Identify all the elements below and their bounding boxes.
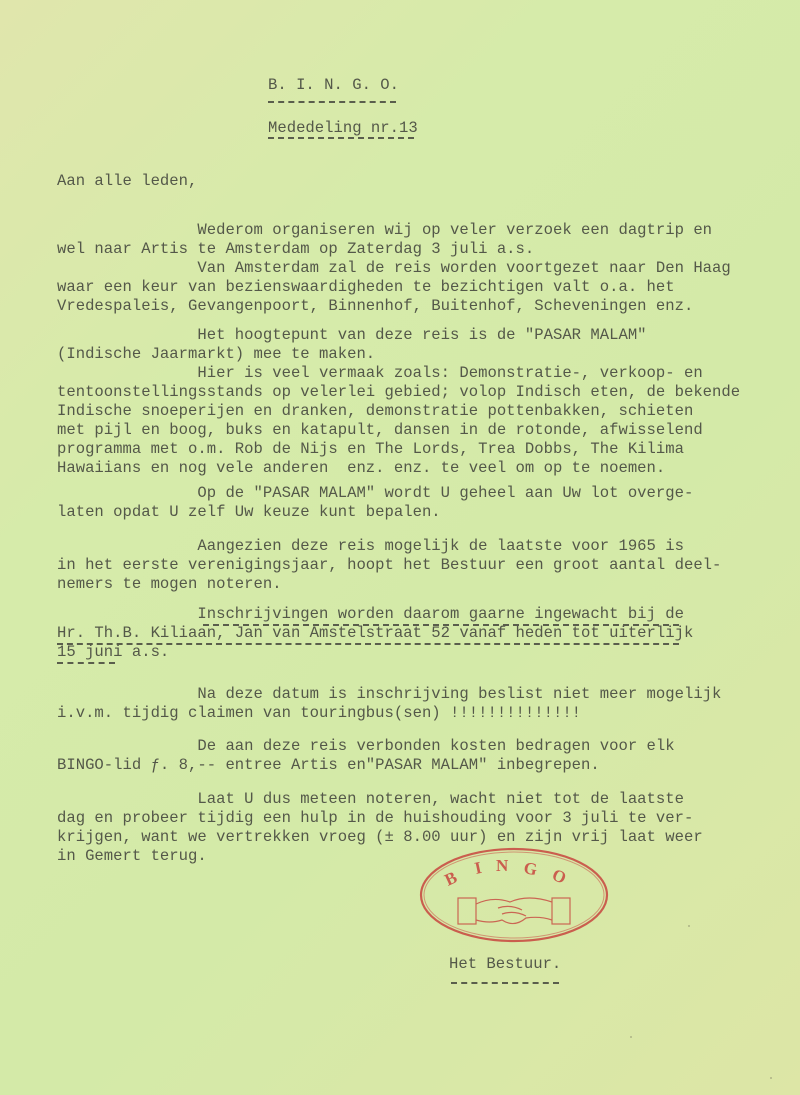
document-title: B. I. N. G. O. [268,76,399,95]
handshake-icon [458,898,570,924]
document-subtitle: Mededeling nr.13 [268,119,418,138]
stamp-graphic: B I N G O [418,846,610,944]
text-line: De aan deze reis verbonden kosten bedrag… [57,737,675,756]
subtitle-underline [268,137,414,139]
text-line: i.v.m. tijdig claimen van touringbus(sen… [57,704,581,723]
text-line: in Gemert terug. [57,847,207,866]
paper-speck [688,925,690,927]
paper-speck [630,1036,632,1038]
underline [57,662,115,664]
salutation: Aan alle leden, [57,172,197,191]
text-line: met pijl en boog, buks en katapult, dans… [57,421,703,440]
text-line: Van Amsterdam zal de reis worden voortge… [57,259,731,278]
text-line: Laat U dus meteen noteren, wacht niet to… [57,790,684,809]
text-line: programma met o.m. Rob de Nijs en The Lo… [57,440,684,459]
title-divider [268,101,396,103]
paper-speck [770,1077,772,1079]
text-line: Wederom organiseren wij op veler verzoek… [57,221,712,240]
text-line: Hawaiians en nog vele anderen enz. enz. … [57,459,665,478]
text-line: 15 juni a.s. [57,643,169,662]
text-line: BINGO-lid ƒ. 8,-- entree Artis en"PASAR … [57,756,600,775]
signature-underline [451,982,559,984]
text-line: (Indische Jaarmarkt) mee te maken. [57,345,375,364]
text-line: tentoonstellingsstands op velerlei gebie… [57,383,740,402]
text-line: in het eerste verenigingsjaar, hoopt het… [57,556,721,575]
text-line: waar een keur van bezienswaardigheden te… [57,278,675,297]
text-line: laten opdat U zelf Uw keuze kunt bepalen… [57,503,441,522]
text-line: wel naar Artis te Amsterdam op Zaterdag … [57,240,534,259]
text-line: Inschrijvingen worden daarom gaarne inge… [57,605,684,624]
text-line: Op de "PASAR MALAM" wordt U geheel aan U… [57,484,693,503]
signature: Het Bestuur. [449,955,561,974]
stamp-letter: N [496,856,509,875]
text-line: dag en probeer tijdig een hulp in de hui… [57,809,693,828]
stamp-letter: O [550,865,569,888]
text-line: Indische snoeperijen en dranken, demonst… [57,402,693,421]
text-line: Na deze datum is inschrijving beslist ni… [57,685,721,704]
text-line: krijgen, want we vertrekken vroeg (± 8.0… [57,828,703,847]
text-line: nemers te mogen noteren. [57,575,282,594]
text-line: Vredespaleis, Gevangenpoort, Binnenhof, … [57,297,693,316]
stamp-letter: I [473,858,484,878]
text-line: Hier is veel vermaak zoals: Demonstratie… [57,364,703,383]
stamp-letter: G [522,858,538,879]
text-line: Het hoogtepunt van deze reis is de "PASA… [57,326,647,345]
stamp-letter: B [442,868,460,890]
bingo-stamp: B I N G O [418,846,610,944]
text-line: Hr. Th.B. Kiliaan, Jan van Amstelstraat … [57,624,693,643]
text-line: Aangezien deze reis mogelijk de laatste … [57,537,684,556]
document-page: B. I. N. G. O. Mededeling nr.13 Aan alle… [0,0,800,1095]
